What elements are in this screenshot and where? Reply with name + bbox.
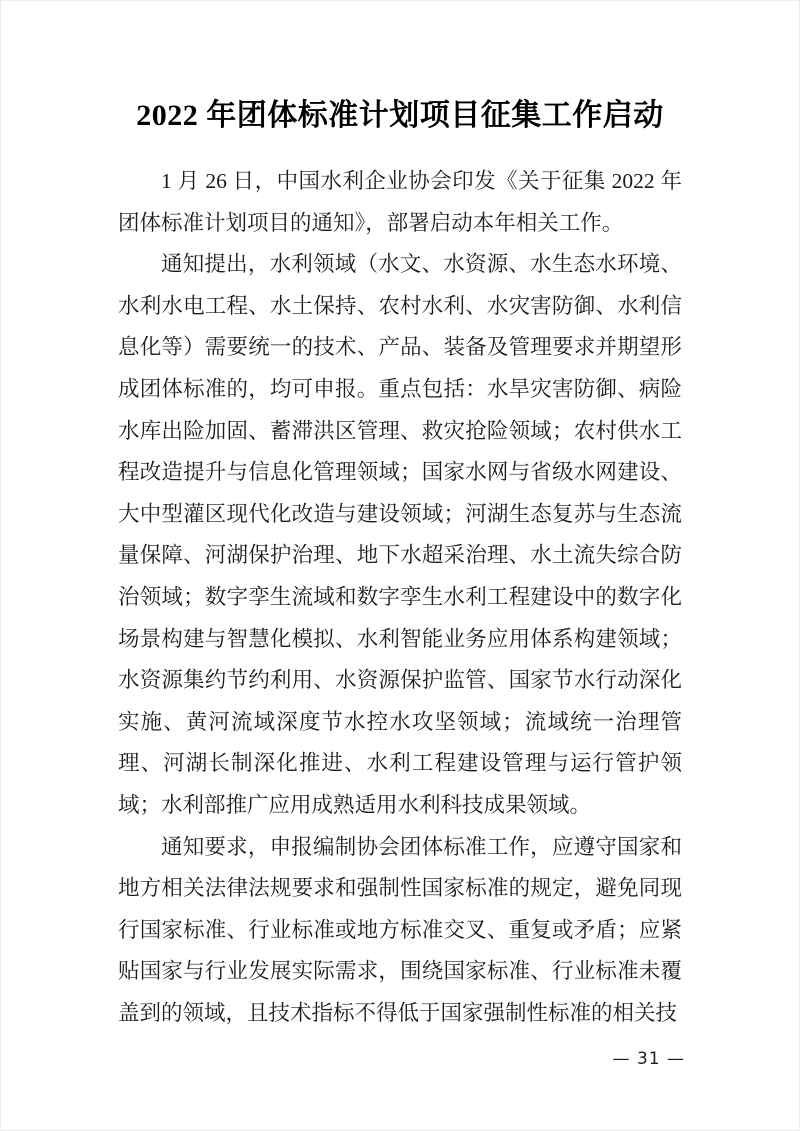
page-number: — 31 —: [613, 1049, 685, 1069]
paragraph: 通知要求，申报编制协会团体标准工作，应遵守国家和地方相关法律法规要求和强制性国家…: [118, 827, 682, 1035]
paragraph: 1 月 26 日，中国水利企业协会印发《关于征集 2022 年团体标准计划项目的…: [118, 161, 682, 244]
document-body: 1 月 26 日，中国水利企业协会印发《关于征集 2022 年团体标准计划项目的…: [1, 161, 799, 1034]
document-page: 2022 年团体标准计划项目征集工作启动 1 月 26 日，中国水利企业协会印发…: [0, 0, 800, 1131]
document-title: 2022 年团体标准计划项目征集工作启动: [1, 93, 799, 139]
paragraph: 通知提出，水利领域（水文、水资源、水生态水环境、水利水电工程、水土保持、农村水利…: [118, 244, 682, 826]
